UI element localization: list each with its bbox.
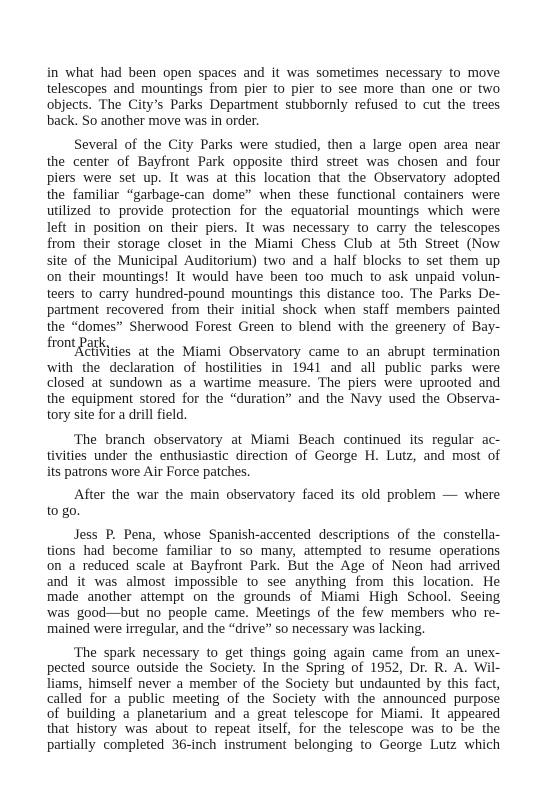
text-line: back. So another move was in order.	[47, 113, 500, 129]
text-line: called for a public meeting of the Socie…	[47, 692, 500, 707]
paragraph-6: Jess P. Pena, whose Spanish-accented des…	[47, 528, 500, 637]
text-line: partially completed 36-inch instrument b…	[47, 738, 500, 753]
text-line: utilized to provide protection for the e…	[47, 203, 500, 220]
text-line: pected source outside the Society. In th…	[47, 661, 500, 676]
text-line: site of the Municipal Auditorium) two an…	[47, 253, 500, 270]
text-line: the familiar “garbage-can dome” when the…	[47, 187, 500, 204]
text-line: tory site for a drill field.	[47, 408, 500, 424]
text-line: After the war the main observatory faced…	[47, 487, 500, 503]
text-line: telescopes and mountings from pier to pi…	[47, 81, 500, 97]
text-line: The branch observatory at Miami Beach co…	[47, 432, 500, 448]
text-line: Jess P. Pena, whose Spanish-accented des…	[47, 528, 500, 544]
paragraph-4: The branch observatory at Miami Beach co…	[47, 432, 500, 480]
text-line: the equipment stored for the “duration” …	[47, 392, 500, 408]
text-line: partment recovered from their initial sh…	[47, 302, 500, 319]
text-line: made another attempt on the grounds of M…	[47, 590, 500, 606]
text-line: of building a planetarium and a great te…	[47, 707, 500, 722]
text-line: on a reduced scale at Bayfront Park. But…	[47, 559, 500, 575]
text-line: on their mountings! It would have been t…	[47, 269, 500, 286]
text-line: piers were set up. It was at this locati…	[47, 170, 500, 187]
text-line: the center of Bayfront Park opposite thi…	[47, 154, 500, 171]
text-line: left in position on their piers. It was …	[47, 220, 500, 237]
text-line: The spark necessary to get things going …	[47, 646, 500, 661]
document-page: in what had been open spaces and it was …	[0, 0, 553, 800]
text-line: that history was about to repeat itself,…	[47, 722, 500, 737]
paragraph-7: The spark necessary to get things going …	[47, 646, 500, 753]
text-line: mained were irregular, and the “drive” s…	[47, 622, 500, 638]
text-line: its patrons wore Air Force patches.	[47, 464, 500, 480]
text-line: objects. The City’s Parks Department stu…	[47, 97, 500, 113]
text-line: Several of the City Parks were studied, …	[47, 137, 500, 154]
text-line: tions had become familiar to so many, at…	[47, 544, 500, 560]
text-line: was good—but no people came. Meetings of…	[47, 606, 500, 622]
text-line: closed at sundown as a wartime measure. …	[47, 376, 500, 392]
text-line: teers to carry hundred-pound mountings t…	[47, 286, 500, 303]
text-line: to go.	[47, 503, 500, 519]
paragraph-1: in what had been open spaces and it was …	[47, 65, 500, 129]
text-line: Activities at the Miami Observatory came…	[47, 345, 500, 361]
text-line: liams, himself never a member of the Soc…	[47, 677, 500, 692]
text-line: tivities under the enthusiastic directio…	[47, 448, 500, 464]
paragraph-5: After the war the main observatory faced…	[47, 487, 500, 519]
paragraph-2: Several of the City Parks were studied, …	[47, 137, 500, 352]
text-line: and it was almost impossible to see anyt…	[47, 575, 500, 591]
text-line: from their storage closet in the Miami C…	[47, 236, 500, 253]
text-line: the “domes” Sherwood Forest Green to ble…	[47, 319, 500, 336]
text-line: with the declaration of hostilities in 1…	[47, 361, 500, 377]
paragraph-3: Activities at the Miami Observatory came…	[47, 345, 500, 423]
text-line: in what had been open spaces and it was …	[47, 65, 500, 81]
